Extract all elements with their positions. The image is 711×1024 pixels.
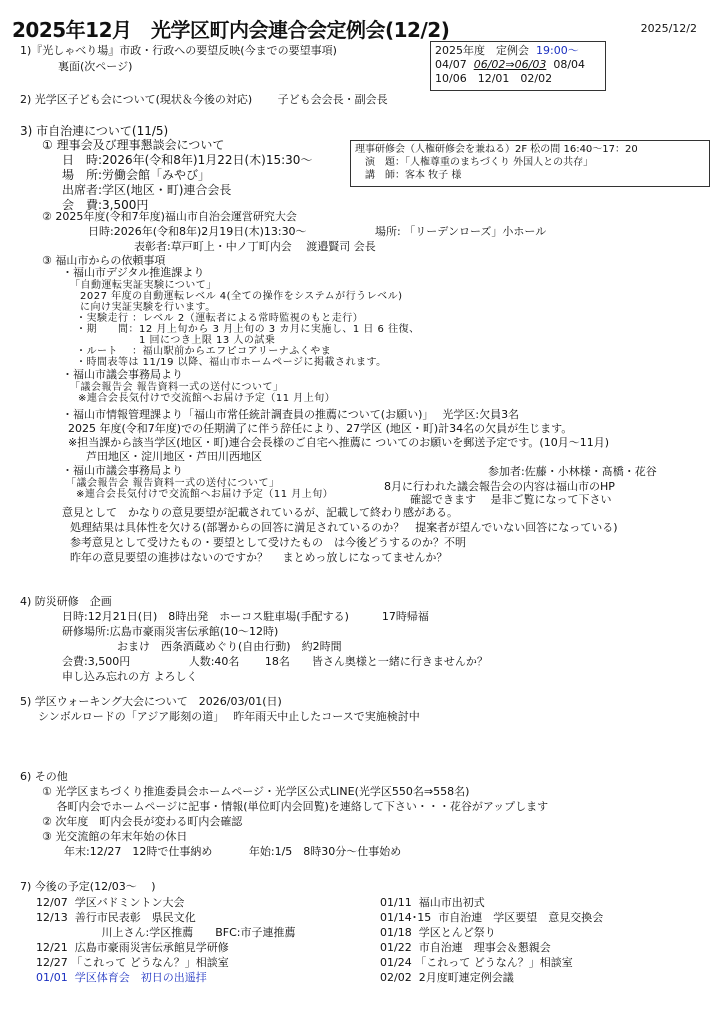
schedule-item: 01/24 「これって どうなん？」相談室 xyxy=(380,956,573,970)
opinion-line: 参考意見として受けたもの・要望として受けたもの は今後どうするのか？不明 xyxy=(70,536,466,550)
section6-line: 年末:12/27 12時で仕事納め 年始:1/5 8時30分〜仕事始め xyxy=(42,845,401,859)
opinion-line: 処理結果は具体性を欠ける(部署からの回答に満足されているのか？ 提案者が望んでい… xyxy=(70,521,618,535)
item1-line: 日 時:2026年(令和8年)1月22日(木)15:30〜 xyxy=(62,153,312,167)
schedule-dates-row: 10/06 12/01 02/02 xyxy=(435,72,601,86)
schedule-item: 12/21 広島市豪雨災害伝承館見学研修 xyxy=(36,941,229,955)
training-line: 演 題：「人権尊重のまちづくり 外国人との共存」 xyxy=(355,156,705,169)
schedule-item: 01/22 市自治連 理事会＆懇親会 xyxy=(380,941,551,955)
section4-line: 研修場所:広島市豪雨災害伝承館(10〜12時) xyxy=(62,625,278,639)
council2-hp-line: 確認できます 是非ご覧になって下さい xyxy=(410,493,612,507)
schedule-item-text: 市自治連 理事会＆懇親会 xyxy=(419,941,551,954)
info-line: ※担当課から該当学区(地区・町)連合会長様のご自宅へ推薦に ついてのお願いを郵送… xyxy=(68,436,609,450)
schedule-item: 02/02 2月度町連定例会議 xyxy=(380,971,514,985)
item1-line: 場 所:労働会館「みやび」 xyxy=(62,168,210,182)
schedule-item: 01/14･15 市自治連 学区要望 意見交換会 xyxy=(380,911,603,925)
schedule-time: 19:00〜 xyxy=(536,44,579,57)
council1-note: ※連合会長気付けで交流館へお届け予定（11 月上旬） xyxy=(78,392,335,405)
item2-title: ② 2025年度(令和7年度)福山市自治会運営研究大会 xyxy=(42,210,297,224)
section1-title: 1)『光しゃべり場』市政・行政への要望反映(今までの要望事項) xyxy=(20,44,337,58)
section4-line: 会費:3,500円 人数:40名 18名 皆さん奥様と一緒に行きませんか？ xyxy=(62,655,488,669)
section4-line: おまけ 西条酒蔵めぐり(自由行動) 約2時間 xyxy=(62,640,342,654)
schedule-item-date: 01/24 xyxy=(380,956,412,969)
info-line: ・福山市情報管理課より「福山市常任統計調査員の推薦について(お願い)」 光学区:… xyxy=(62,408,519,422)
opinion-line: 意見として かなりの意見要望が記載されているが、記載して終わり感がある。 xyxy=(62,506,458,520)
schedule-item-date: 12/07 xyxy=(36,896,68,909)
section5-line: シンボルロードの「アジア彫刻の道」 昨年雨天中止したコースで実施検討中 xyxy=(38,710,420,724)
schedule-item-date: 01/22 xyxy=(380,941,412,954)
training-box: 理事研修会（人権研修会を兼ねる）2F 松の間 16:40〜17：20 演 題：「… xyxy=(350,140,710,187)
item2-award: 表彰者:草戸町上・中ノ丁町内会 渡邉賢司 会長 xyxy=(134,240,376,254)
section6-line: ③ 光交流館の年末年始の休日 xyxy=(42,830,187,844)
council2-from: ・福山市議会事務局より xyxy=(62,464,183,478)
council2-note: ※連合会長気付けで交流館へお届け予定（11 月上旬） xyxy=(76,488,333,501)
section7-title: 7) 今後の予定(12/03〜 ) xyxy=(20,880,156,894)
council1-from: ・福山市議会事務局より xyxy=(62,368,183,382)
schedule-box: 2025年度 定例会 19:00〜 04/07 06/02⇒06/03 08/0… xyxy=(430,41,606,91)
schedule-item-date: 02/02 xyxy=(380,971,412,984)
schedule-item-text: 学区とんど祭り xyxy=(419,926,496,939)
item2-place: 場所: 「リーデンローズ」小ホール xyxy=(375,225,546,239)
info-line: 2025 年度(令和7年度)での任期満了に伴う辞任により、27学区 (地区・町)… xyxy=(68,422,572,436)
section6-line: ② 次年度 町内会長が変わる町内会確認 xyxy=(42,815,242,829)
schedule-item-date: 12/21 xyxy=(36,941,68,954)
schedule-item-date: 12/13 xyxy=(36,911,68,924)
section6-line: ① 光学区まちづくり推進委員会ホームページ・光学区公式LINE(光学区550名⇒… xyxy=(42,785,469,799)
training-line: 講 師：客本 牧子 様 xyxy=(355,169,705,182)
schedule-item-text: 学区バドミントン大会 xyxy=(75,896,185,909)
schedule-item-date: 01/01 xyxy=(36,971,68,984)
item1-line: 出席者:学区(地区・町)連合会長 xyxy=(62,183,231,197)
schedule-item-text: 善行市民表彰 県民文化 xyxy=(75,911,196,924)
schedule-item-text: 学区体育会 初日の出遥拝 xyxy=(75,971,207,984)
section3-title: 3) 市自治連について(11/5) xyxy=(20,124,168,138)
section4-line: 申し込み忘れの方 よろしく xyxy=(62,670,198,684)
schedule-item: 01/18 学区とんど祭り xyxy=(380,926,496,940)
schedule-item-date: 01/14･15 xyxy=(380,911,431,924)
schedule-item-date: 12/27 xyxy=(36,956,68,969)
schedule-date: 04/07 xyxy=(435,58,467,71)
schedule-item-date: 01/18 xyxy=(380,926,412,939)
page-title: 2025年12月 光学区町内会連合会定例会(12/2) xyxy=(12,14,449,43)
opinion-line: 昨年の意見要望の進捗はないのですか？ まとめっ放しになってませんか？ xyxy=(70,551,447,565)
training-line: 理事研修会（人権研修会を兼ねる）2F 松の間 16:40〜17：20 xyxy=(355,143,705,156)
schedule-item-date: 01/11 xyxy=(380,896,412,909)
document-date: 2025/12/2 xyxy=(641,22,697,35)
schedule-item: 12/27 「これって どうなん？」相談室 xyxy=(36,956,229,970)
schedule-item: 12/13 善行市民表彰 県民文化 xyxy=(36,911,196,925)
schedule-item-text: 「これって どうなん？」相談室 xyxy=(415,956,573,969)
schedule-item-text: 広島市豪雨災害伝承館見学研修 xyxy=(75,941,229,954)
schedule-date: 08/04 xyxy=(553,58,585,71)
section4-title: 4) 防災研修 企画 xyxy=(20,595,112,609)
schedule-item-text: 川上さん:学区推薦 BFC:市子連推薦 xyxy=(76,926,295,939)
info-districts: 芦田地区・淀川地区・芦田川西地区 xyxy=(86,450,262,464)
item2-datetime: 日時:2026年(令和8年)2月19日(木)13:30〜 xyxy=(88,225,307,239)
section1-note: 裏面(次ページ) xyxy=(58,60,132,74)
schedule-heading: 2025年度 定例会 xyxy=(435,44,529,57)
section2-title: 2) 光学区子ども会について(現状＆今後の対応) 子ども会会長・副会長 xyxy=(20,93,388,107)
schedule-item-highlight: 01/01 学区体育会 初日の出遥拝 xyxy=(36,971,207,985)
section5-title: 5) 学区ウォーキング大会について 2026/03/01(日) xyxy=(20,695,282,709)
section6-title: 6) その他 xyxy=(20,770,68,784)
schedule-item-text: 福山市出初式 xyxy=(419,896,485,909)
council2-hp-line: 8月に行われた議会報告会の内容は福山市のHP xyxy=(384,480,615,494)
schedule-item: 01/11 福山市出初式 xyxy=(380,896,485,910)
digital-from: ・福山市デジタル推進課より xyxy=(62,266,204,280)
schedule-item: 12/07 学区バドミントン大会 xyxy=(36,896,184,910)
schedule-item-text: 市自治連 学区要望 意見交換会 xyxy=(438,911,603,924)
item1-title: ① 理事会及び理事懇談会について xyxy=(42,138,224,152)
section6-line: 各町内会でホームページに記事・情報(単位町内会回覧)を連絡して下さい・・・花谷が… xyxy=(42,800,548,814)
schedule-item-text: 2月度町連定例会議 xyxy=(419,971,514,984)
council2-participants: 参加者:佐藤・小林様・髙橋・花谷 xyxy=(488,465,657,479)
schedule-item-text: 「これって どうなん？」相談室 xyxy=(71,956,229,969)
schedule-item: 川上さん:学区推薦 BFC:市子連推薦 xyxy=(76,926,295,940)
schedule-date-changed: 06/02⇒06/03 xyxy=(474,58,547,71)
section4-line: 日時:12月21日(日) 8時出発 ホーコス駐車場(手配する) 17時帰福 xyxy=(62,610,429,624)
